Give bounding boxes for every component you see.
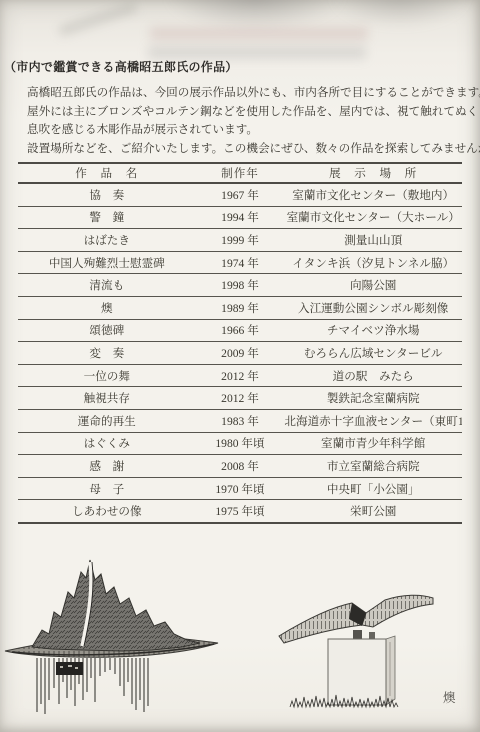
table-row: 警 鐘1994 年室蘭市文化センター（大ホール） — [18, 206, 462, 229]
intro-paragraph: 高橋昭五郎氏の作品は、今回の展示作品以外にも、市内各所で目にすることができます。… — [27, 84, 468, 159]
table-row: 一位の舞2012 年道の駅 みたら — [18, 364, 462, 387]
table-row: 運命的再生1983 年北海道赤十字血液センター（東町1丁目20-42） — [18, 409, 462, 432]
table-row: 触視共存2012 年製鉄記念室蘭病院 — [18, 387, 462, 410]
sculpture-sketch-left — [2, 554, 226, 727]
table-row: はばたき1999 年測量山山頂 — [18, 229, 462, 252]
bleed-through-text-line — [150, 27, 368, 40]
bleed-through-smudge — [330, 0, 470, 28]
sculpture-sketch-right — [272, 590, 442, 723]
table-row: 変 奏2009 年むろらん広域センタービル — [18, 342, 462, 365]
right-sketch-caption: 燠 — [443, 688, 456, 706]
table-row: 清流も1998 年向陽公園 — [18, 274, 462, 297]
table-row: 中国人殉難烈士慰霊碑1974 年イタンキ浜（汐見トンネル脇） — [18, 251, 462, 274]
bleed-through-smudge — [165, 0, 345, 30]
column-header-name: 作 品 名 — [18, 163, 196, 183]
column-header-year: 制作年 — [196, 163, 285, 183]
table-row: はぐくみ1980 年頃室蘭市青少年科学館 — [18, 432, 462, 455]
table-row: 燠1989 年入江運動公園シンボル彫刻像 — [18, 296, 462, 319]
table-row: 協 奏1967 年室蘭市文化センター（敷地内） — [18, 183, 462, 206]
scanned-document-page: （市内で鑑賞できる高橋昭五郎氏の作品） 高橋昭五郎氏の作品は、今回の展示作品以外… — [0, 0, 480, 732]
table-row: しあわせの像1975 年頃栄町公園 — [18, 500, 462, 523]
intro-line: 屋外には主にブロンズやコルテン鋼などを使用した作品を、屋内では、視て触れてぬくも… — [27, 103, 468, 122]
table-row: 感 謝2008 年市立室蘭総合病院 — [18, 455, 462, 478]
page-title: （市内で鑑賞できる高橋昭五郎氏の作品） — [4, 58, 238, 75]
intro-line: 息吹を感じる木彫作品が展示されています。 — [27, 121, 468, 140]
intro-line: 高橋昭五郎氏の作品は、今回の展示作品以外にも、市内各所で目にすることができます。 — [27, 84, 468, 103]
table-row: 母 子1970 年頃中央町「小公園」 — [18, 477, 462, 500]
table-header-row: 作 品 名 制作年 展 示 場 所 — [18, 163, 462, 183]
intro-line: 設置場所などを、ご紹介いたします。この機会にぜひ、数々の作品を探索してみませんか… — [27, 140, 468, 159]
bleed-through-smudge — [58, 2, 137, 36]
table-row: 頌徳碑1966 年チマイベツ浄水場 — [18, 319, 462, 342]
artworks-table: 作 品 名 制作年 展 示 場 所 協 奏1967 年室蘭市文化センター（敷地内… — [18, 162, 462, 524]
column-header-place: 展 示 場 所 — [284, 163, 462, 183]
